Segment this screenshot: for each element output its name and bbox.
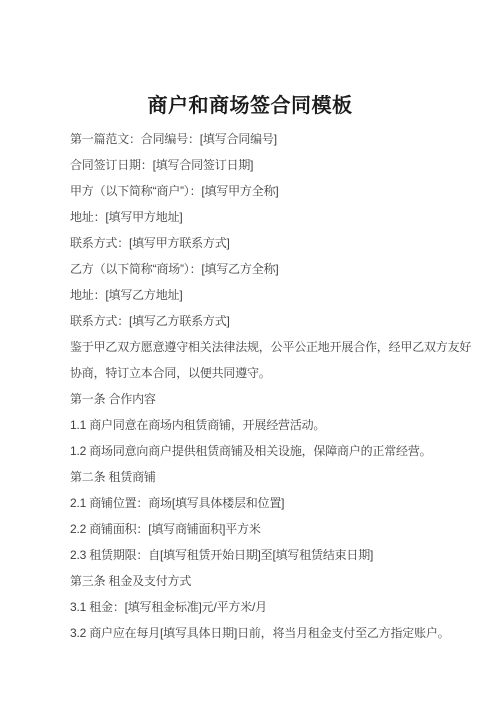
party-a-address-line: 地址：[填写甲方地址] xyxy=(70,204,450,230)
clause-3-2: 3.2 商户应在每月[填写具体日期]日前，将当月租金支付至乙方指定账户。 xyxy=(70,620,450,646)
clause-3-1: 3.1 租金：[填写租金标准]元/平方米/月 xyxy=(70,594,450,620)
party-b-contact-line: 联系方式：[填写乙方联系方式] xyxy=(70,308,450,334)
party-b-name-line: 乙方（以下简称“商场”）：[填写乙方全称] xyxy=(70,256,450,282)
sign-date-line: 合同签订日期：[填写合同签订日期] xyxy=(70,152,450,178)
section-3-heading: 第三条 租金及支付方式 xyxy=(70,568,450,594)
clause-2-2: 2.2 商铺面积：[填写商铺面积]平方米 xyxy=(70,516,450,542)
section-2-heading: 第二条 租赁商铺 xyxy=(70,464,450,490)
party-a-name-line: 甲方（以下简称“商户”）：[填写甲方全称] xyxy=(70,178,450,204)
section-1-heading: 第一条 合作内容 xyxy=(70,386,450,412)
document-body: 第一篇范文：合同编号：[填写合同编号] 合同签订日期：[填写合同签订日期] 甲方… xyxy=(70,126,450,646)
clause-2-1: 2.1 商铺位置：商场[填写具体楼层和位置] xyxy=(70,490,450,516)
document-title: 商户和商场签合同模板 xyxy=(0,94,500,118)
clause-1-1: 1.1 商户同意在商场内租赁商铺，开展经营活动。 xyxy=(70,412,450,438)
party-a-contact-line: 联系方式：[填写甲方联系方式] xyxy=(70,230,450,256)
document-page: 商户和商场签合同模板 第一篇范文：合同编号：[填写合同编号] 合同签订日期：[填… xyxy=(0,0,500,707)
preamble-line-2: 协商，特订立本合同，以便共同遵守。 xyxy=(70,360,450,386)
clause-1-2: 1.2 商场同意向商户提供租赁商铺及相关设施，保障商户的正常经营。 xyxy=(70,438,450,464)
preamble-line-1: 鉴于甲乙双方愿意遵守相关法律法规，公平公正地开展合作，经甲乙双方友好 xyxy=(70,334,450,360)
contract-number-line: 第一篇范文：合同编号：[填写合同编号] xyxy=(70,126,450,152)
party-b-address-line: 地址：[填写乙方地址] xyxy=(70,282,450,308)
clause-2-3: 2.3 租赁期限：自[填写租赁开始日期]至[填写租赁结束日期] xyxy=(70,542,450,568)
